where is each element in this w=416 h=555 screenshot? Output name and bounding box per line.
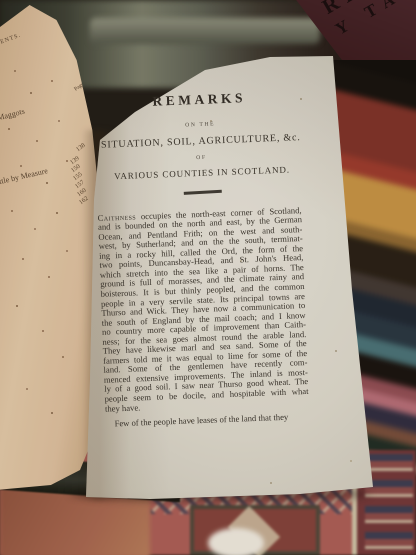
contents-header-fragment: ENTS. [0, 33, 22, 46]
body-text: Caithness occupies the north-east corner… [98, 206, 310, 414]
rug-light-object [208, 528, 264, 555]
title-region: VARIOUS COUNTIES IN SCOTLAND. [96, 164, 308, 182]
title-of: OF [95, 151, 307, 165]
paper-specks [150, 90, 152, 92]
title-subject: SITUATION, SOIL, AGRICULTURE, &c. [95, 132, 307, 151]
title-on-the: ON THE [94, 118, 306, 132]
background-book-horizontal [90, 18, 320, 44]
title-rule [184, 190, 222, 195]
page-content: REMARKS ON THE SITUATION, SOIL, AGRICULT… [93, 88, 318, 429]
contents-entry-maggots: Maggots [0, 107, 26, 123]
page-title: REMARKS [93, 88, 305, 112]
contents-entry-cattle: attle by Measure [0, 166, 49, 187]
photo-open-antique-book: RIMM Y TA ENTS. Maggots attle by Measure… [0, 0, 416, 555]
rug-border-pattern [365, 454, 413, 550]
